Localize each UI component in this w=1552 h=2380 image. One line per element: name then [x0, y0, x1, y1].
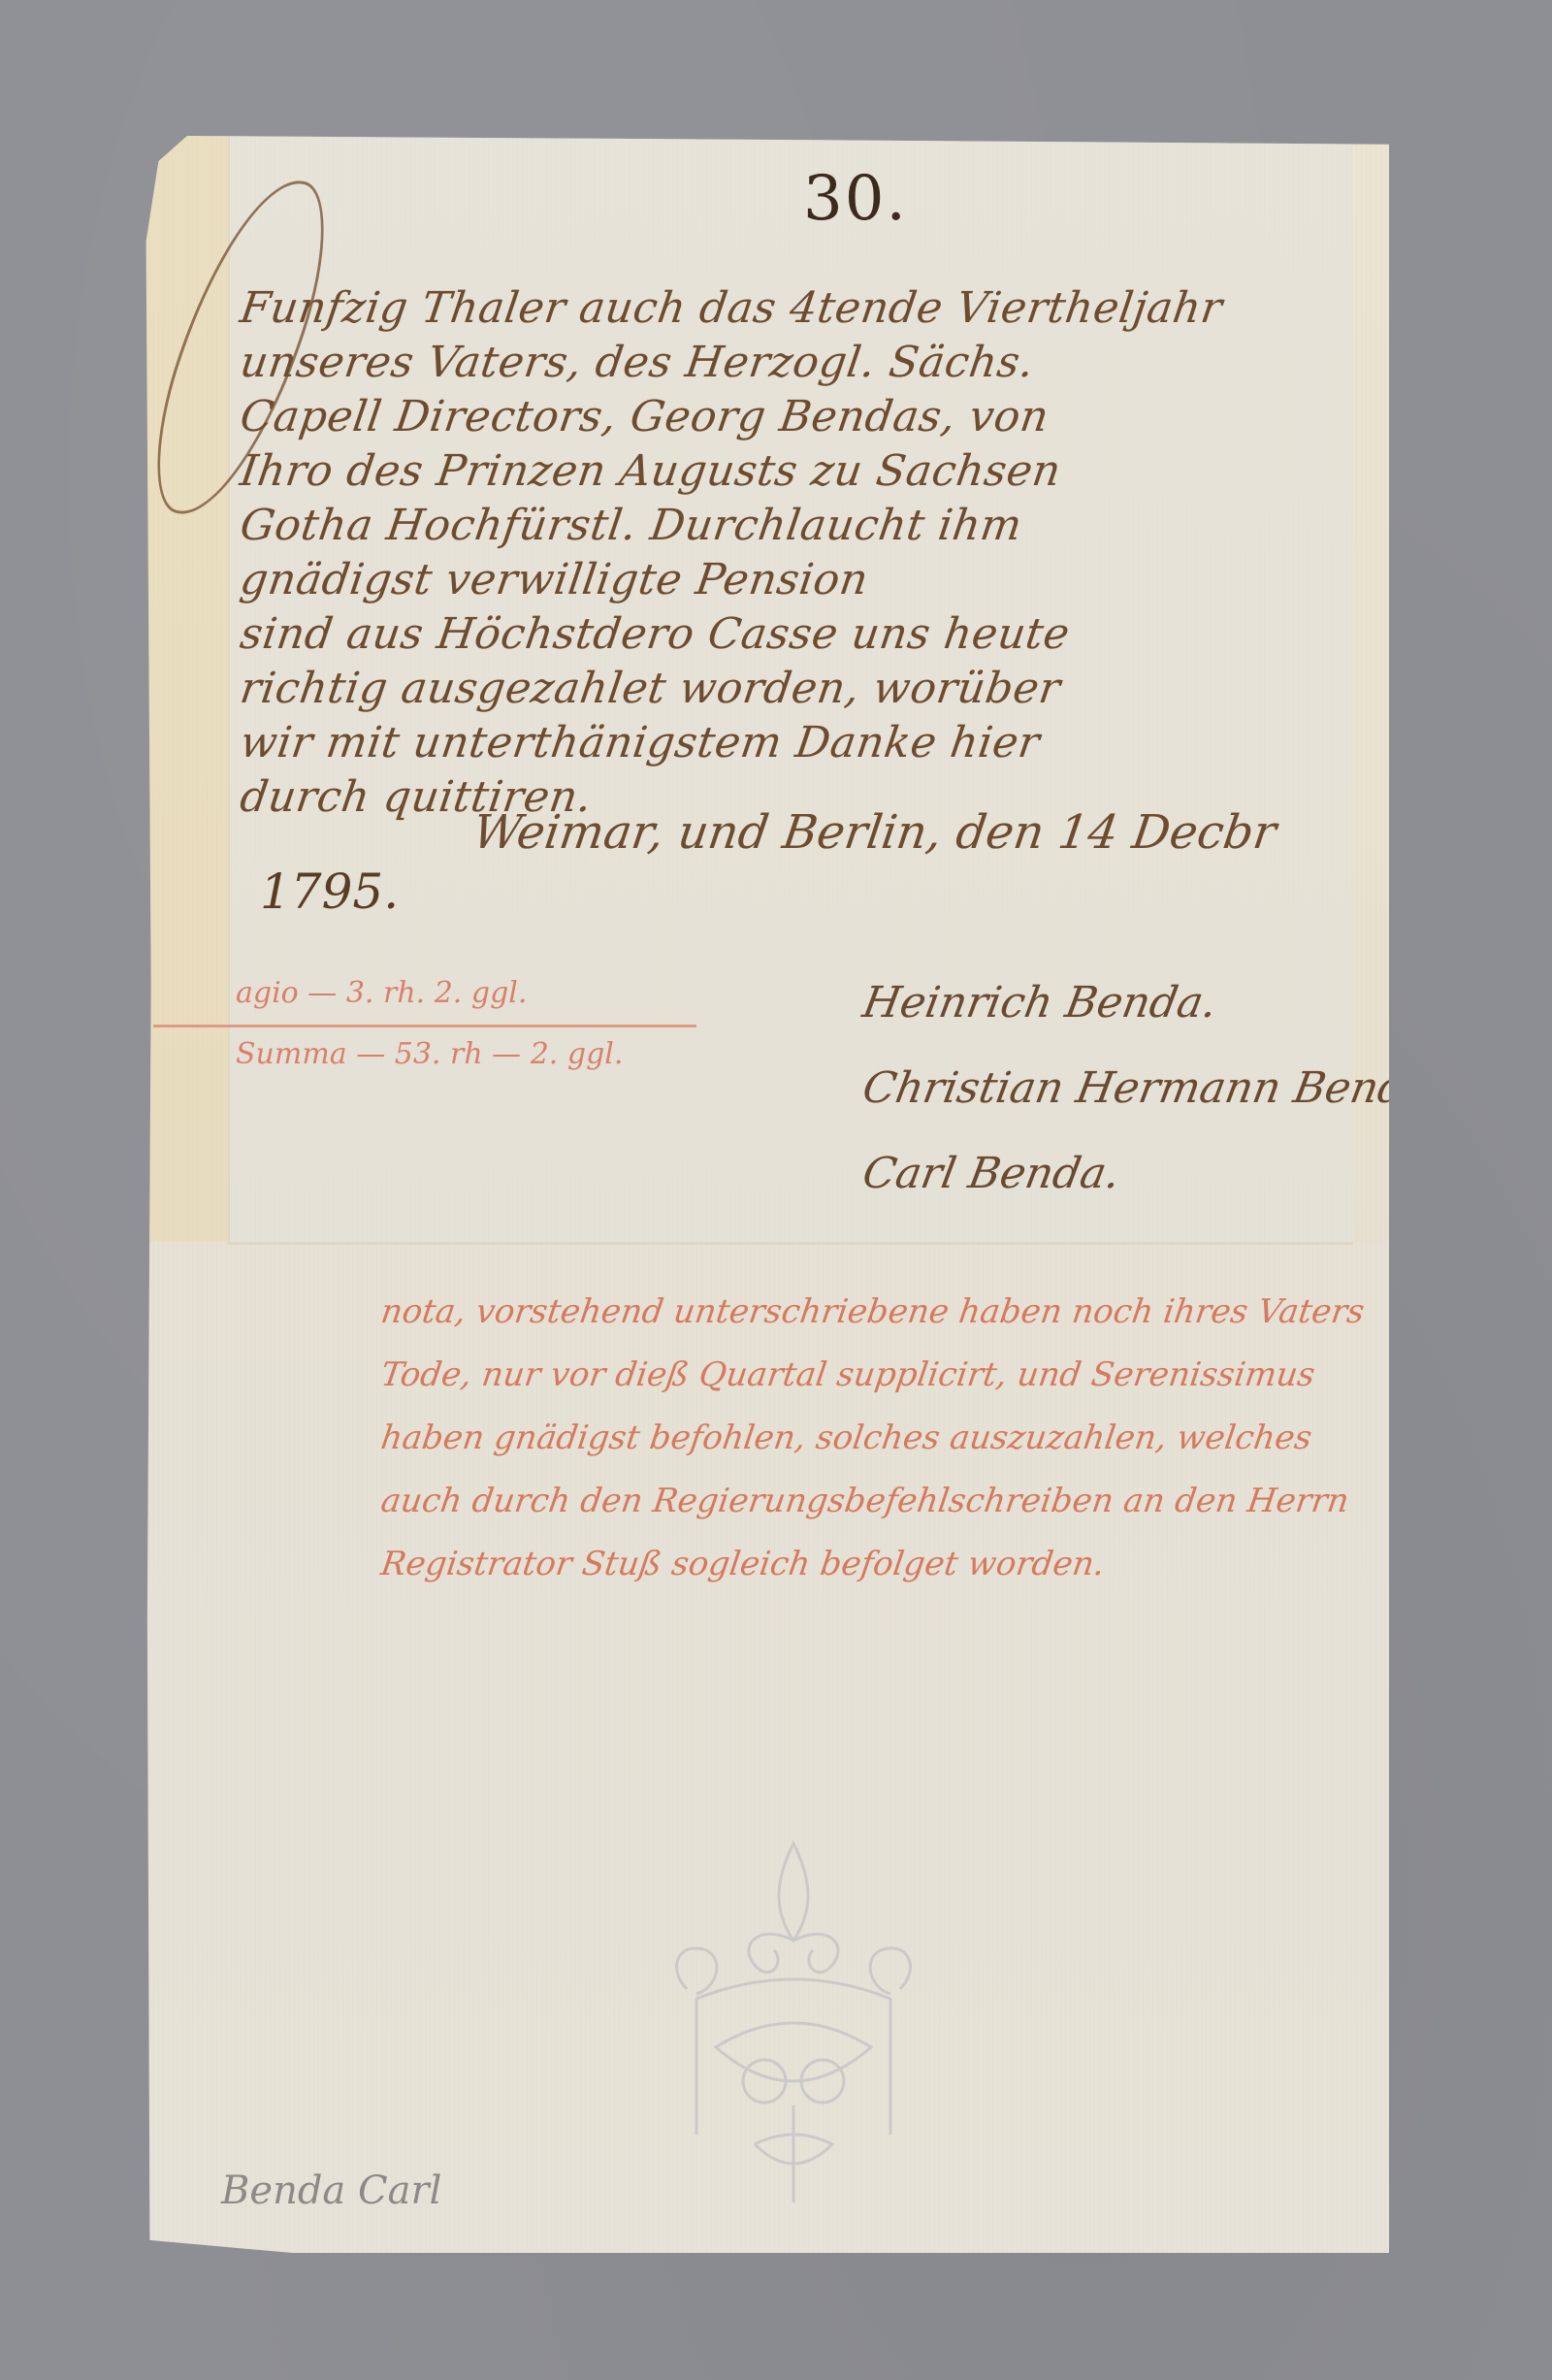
note-line: Tode, nur vor dieß Quartal supplicirt, u… [376, 1344, 1355, 1407]
text-line: unseres Vaters, des Herzogl. Sächs. [237, 336, 1370, 390]
signature-heinrich-benda: Heinrich Benda. [856, 961, 1452, 1046]
note-line: Registrator Stuß sogleich befolget worde… [376, 1533, 1355, 1596]
pencil-annotation: Benda Carl [221, 2168, 441, 2213]
manuscript-sheet: 30. Funfzig Thaler auch das 4tende Viert… [144, 136, 1389, 2253]
signature-block: Heinrich Benda. Christian Hermann Benda.… [863, 961, 1444, 1217]
sum-rule [153, 1025, 696, 1027]
folio-number: 30. [803, 163, 908, 235]
summa-row: Summa — 53. rh — 2. ggl. [144, 1029, 764, 1080]
receipt-text: Funfzig Thaler auch das 4tende Vierthelj… [241, 281, 1366, 825]
text-line: gnädigst verwilligte Pension [237, 553, 1370, 607]
text-line: richtig ausgezahlet worden, worüber [237, 662, 1370, 716]
note-line: nota, vorstehend unterschriebene haben n… [376, 1281, 1355, 1344]
signature-christian-hermann-benda: Christian Hermann Benda. [856, 1046, 1452, 1131]
fleur-de-lis-watermark-icon [629, 1824, 958, 2212]
text-line: Ihro des Prinzen Augusts zu Sachsen [237, 444, 1370, 499]
agio-row: agio — 3. rh. 2. ggl. [144, 968, 764, 1019]
signature-carl-benda: Carl Benda. [856, 1131, 1452, 1217]
red-ink-note: nota, vorstehend unterschriebene haben n… [381, 1281, 1351, 1596]
year: 1795. [260, 864, 399, 920]
text-line: sind aus Höchstdero Casse uns heute [237, 607, 1370, 662]
place-date: Weimar, und Berlin, den 14 Decbr [469, 805, 1279, 860]
account-calculation: agio — 3. rh. 2. ggl. Summa — 53. rh — 2… [144, 968, 764, 1080]
text-line: Capell Directors, Georg Bendas, von [237, 390, 1370, 444]
text-line: Funfzig Thaler auch das 4tende Vierthelj… [237, 281, 1370, 336]
note-line: auch durch den Regierungsbefehlschreiben… [376, 1470, 1355, 1533]
note-line: haben gnädigst befohlen, solches auszuza… [376, 1407, 1355, 1470]
text-line: Gotha Hochfürstl. Durchlaucht ihm [237, 499, 1370, 553]
text-line: wir mit unterthänigstem Danke hier [237, 716, 1370, 770]
